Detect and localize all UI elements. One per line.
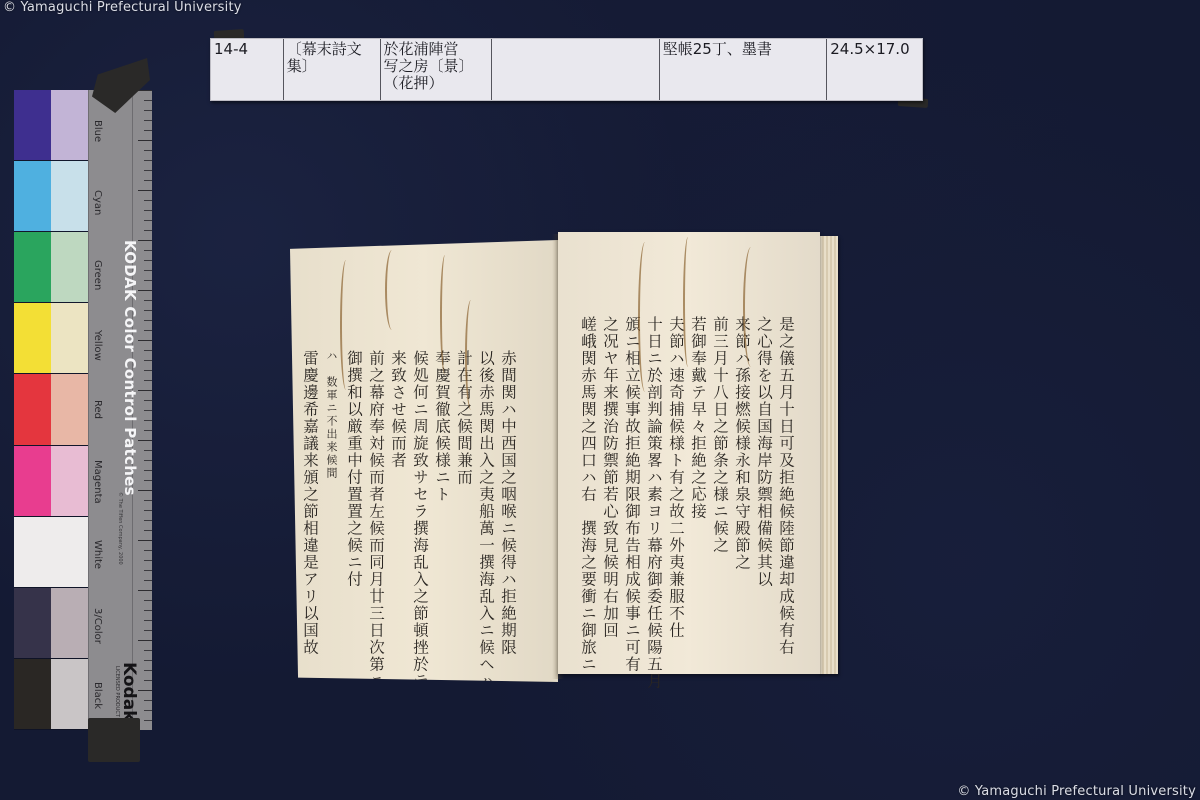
text-column: 来節ハ孫接燃候様永和泉守殿節之 (732, 316, 751, 646)
text-column: 御撰和以厳重中付置置之候ニ付 (344, 350, 363, 680)
patch-blue (14, 90, 88, 161)
text-column: 奉慶賀徹底候様ニト (432, 350, 451, 680)
patch-label-white: White (92, 540, 103, 569)
worm-damage (465, 300, 477, 410)
patch-label-yellow: Yellow (92, 330, 103, 361)
patch-red (14, 374, 88, 445)
patch-magenta (14, 446, 88, 517)
color-patches (14, 90, 88, 730)
copyright-watermark-bottom: © Yamaguchi Prefectural University (957, 784, 1196, 799)
text-column: 嵯峨関赤馬関之四口ハ右 撰海之要衝ニ御旅ニ (578, 316, 597, 646)
left-page-text: 赤間関ハ中西国之咽喉ニ候得ハ拒絶期限 以後赤馬関出入之夷船萬一撰海乱入ニ候ヘハ難… (300, 350, 517, 680)
page-right: 是之儀五月十日可及拒絶候陸節違却成候有右 之心得を以自国海岸防禦相備候其以 来節… (558, 232, 820, 674)
label-number: 14-4 (211, 39, 284, 100)
text-column: 前三月十八日之節条之様ニ候之 (710, 316, 729, 646)
page-edges (818, 236, 838, 674)
catalog-label: 14-4 〔幕末詩文 集〕 於花浦陣営 写之房〔景〕 （花押） 堅帳25丁、墨書… (210, 38, 923, 101)
tape-strip-bottom (88, 718, 140, 762)
label-format: 堅帳25丁、墨書 (660, 39, 828, 100)
label-author-note: 於花浦陣営 写之房〔景〕 （花押） (381, 39, 493, 100)
kodak-copyright: © The Tiffen Company, 2000 (117, 492, 123, 565)
text-column: 之况ヤ年来撰治防禦節若心致見候明右加回 (600, 316, 619, 646)
patch-label-black: Black (92, 682, 103, 709)
patch-label-magenta: Magenta (92, 460, 103, 504)
ruler: Blue Cyan Green Yellow Red Magenta White… (88, 90, 152, 730)
patch-label-blue: Blue (92, 120, 103, 142)
patch-green (14, 232, 88, 303)
page-left: 赤間関ハ中西国之咽喉ニ候得ハ拒絶期限 以後赤馬関出入之夷船萬一撰海乱入ニ候ヘハ難… (290, 240, 558, 682)
text-column: 赤間関ハ中西国之咽喉ニ候得ハ拒絶期限 (498, 350, 517, 680)
patch-cyan (14, 161, 88, 232)
patch-label-3color: 3/Color (92, 608, 103, 644)
worm-damage (683, 237, 693, 367)
patch-white (14, 517, 88, 588)
ruler-ticks-inch (138, 90, 152, 730)
kodak-brand-title: KODAK Color Control Patches (121, 240, 139, 496)
worm-damage (743, 247, 759, 367)
patch-yellow (14, 303, 88, 374)
patch-label-cyan: Cyan (92, 190, 103, 215)
text-column: 夫節ハ速奇捕候様ト有之故二外夷兼服不仕 (666, 316, 685, 646)
kodak-color-control-strip: Blue Cyan Green Yellow Red Magenta White… (14, 90, 152, 730)
label-blank (492, 39, 660, 100)
text-column: 以後赤馬関出入之夷船萬一撰海乱入ニ候ヘハ難 (476, 350, 495, 680)
text-column: 前之幕府奉対候而者左候而同月廿三日次第ニ付 (366, 350, 385, 680)
text-column: 若御奉戴テ早々拒絶之応接 (688, 316, 707, 646)
worm-damage (385, 250, 399, 330)
text-column: 是之儀五月十日可及拒絶候陸節違却成候有右 (776, 316, 795, 646)
patch-3color (14, 588, 88, 659)
open-manuscript-book: 赤間関ハ中西国之咽喉ニ候得ハ拒絶期限 以後赤馬関出入之夷船萬一撰海乱入ニ候ヘハ難… (290, 228, 840, 683)
patch-label-red: Red (92, 400, 103, 419)
kodak-licensed: LICENSED PRODUCT (114, 666, 120, 717)
text-column: ハ 数軍ニ不出来候間 (322, 350, 341, 680)
kodak-logo: Kodak (119, 662, 139, 722)
worm-damage (340, 260, 352, 390)
copyright-watermark-top: © Yamaguchi Prefectural University (3, 0, 242, 15)
text-column: 候処何ニ周旋致サセラ撰海乱入之節頓挫於テ自然往 (410, 350, 429, 680)
patch-label-green: Green (92, 260, 103, 290)
worm-damage (440, 255, 450, 375)
patch-black (14, 659, 88, 730)
text-column: 雷慶邊希嘉議来頒之節相違是アリ以国故 (300, 350, 319, 680)
label-title: 〔幕末詩文 集〕 (284, 39, 381, 100)
label-size: 24.5×17.0 (827, 39, 922, 100)
text-column: 来致させ候而者 (388, 350, 407, 680)
text-column: 頒ニ相立候事故拒絶期限御布告相成候事ニ可有 (622, 316, 641, 646)
text-column: 之心得を以自国海岸防禦相備候其以 (754, 316, 773, 646)
worm-damage (638, 242, 652, 392)
